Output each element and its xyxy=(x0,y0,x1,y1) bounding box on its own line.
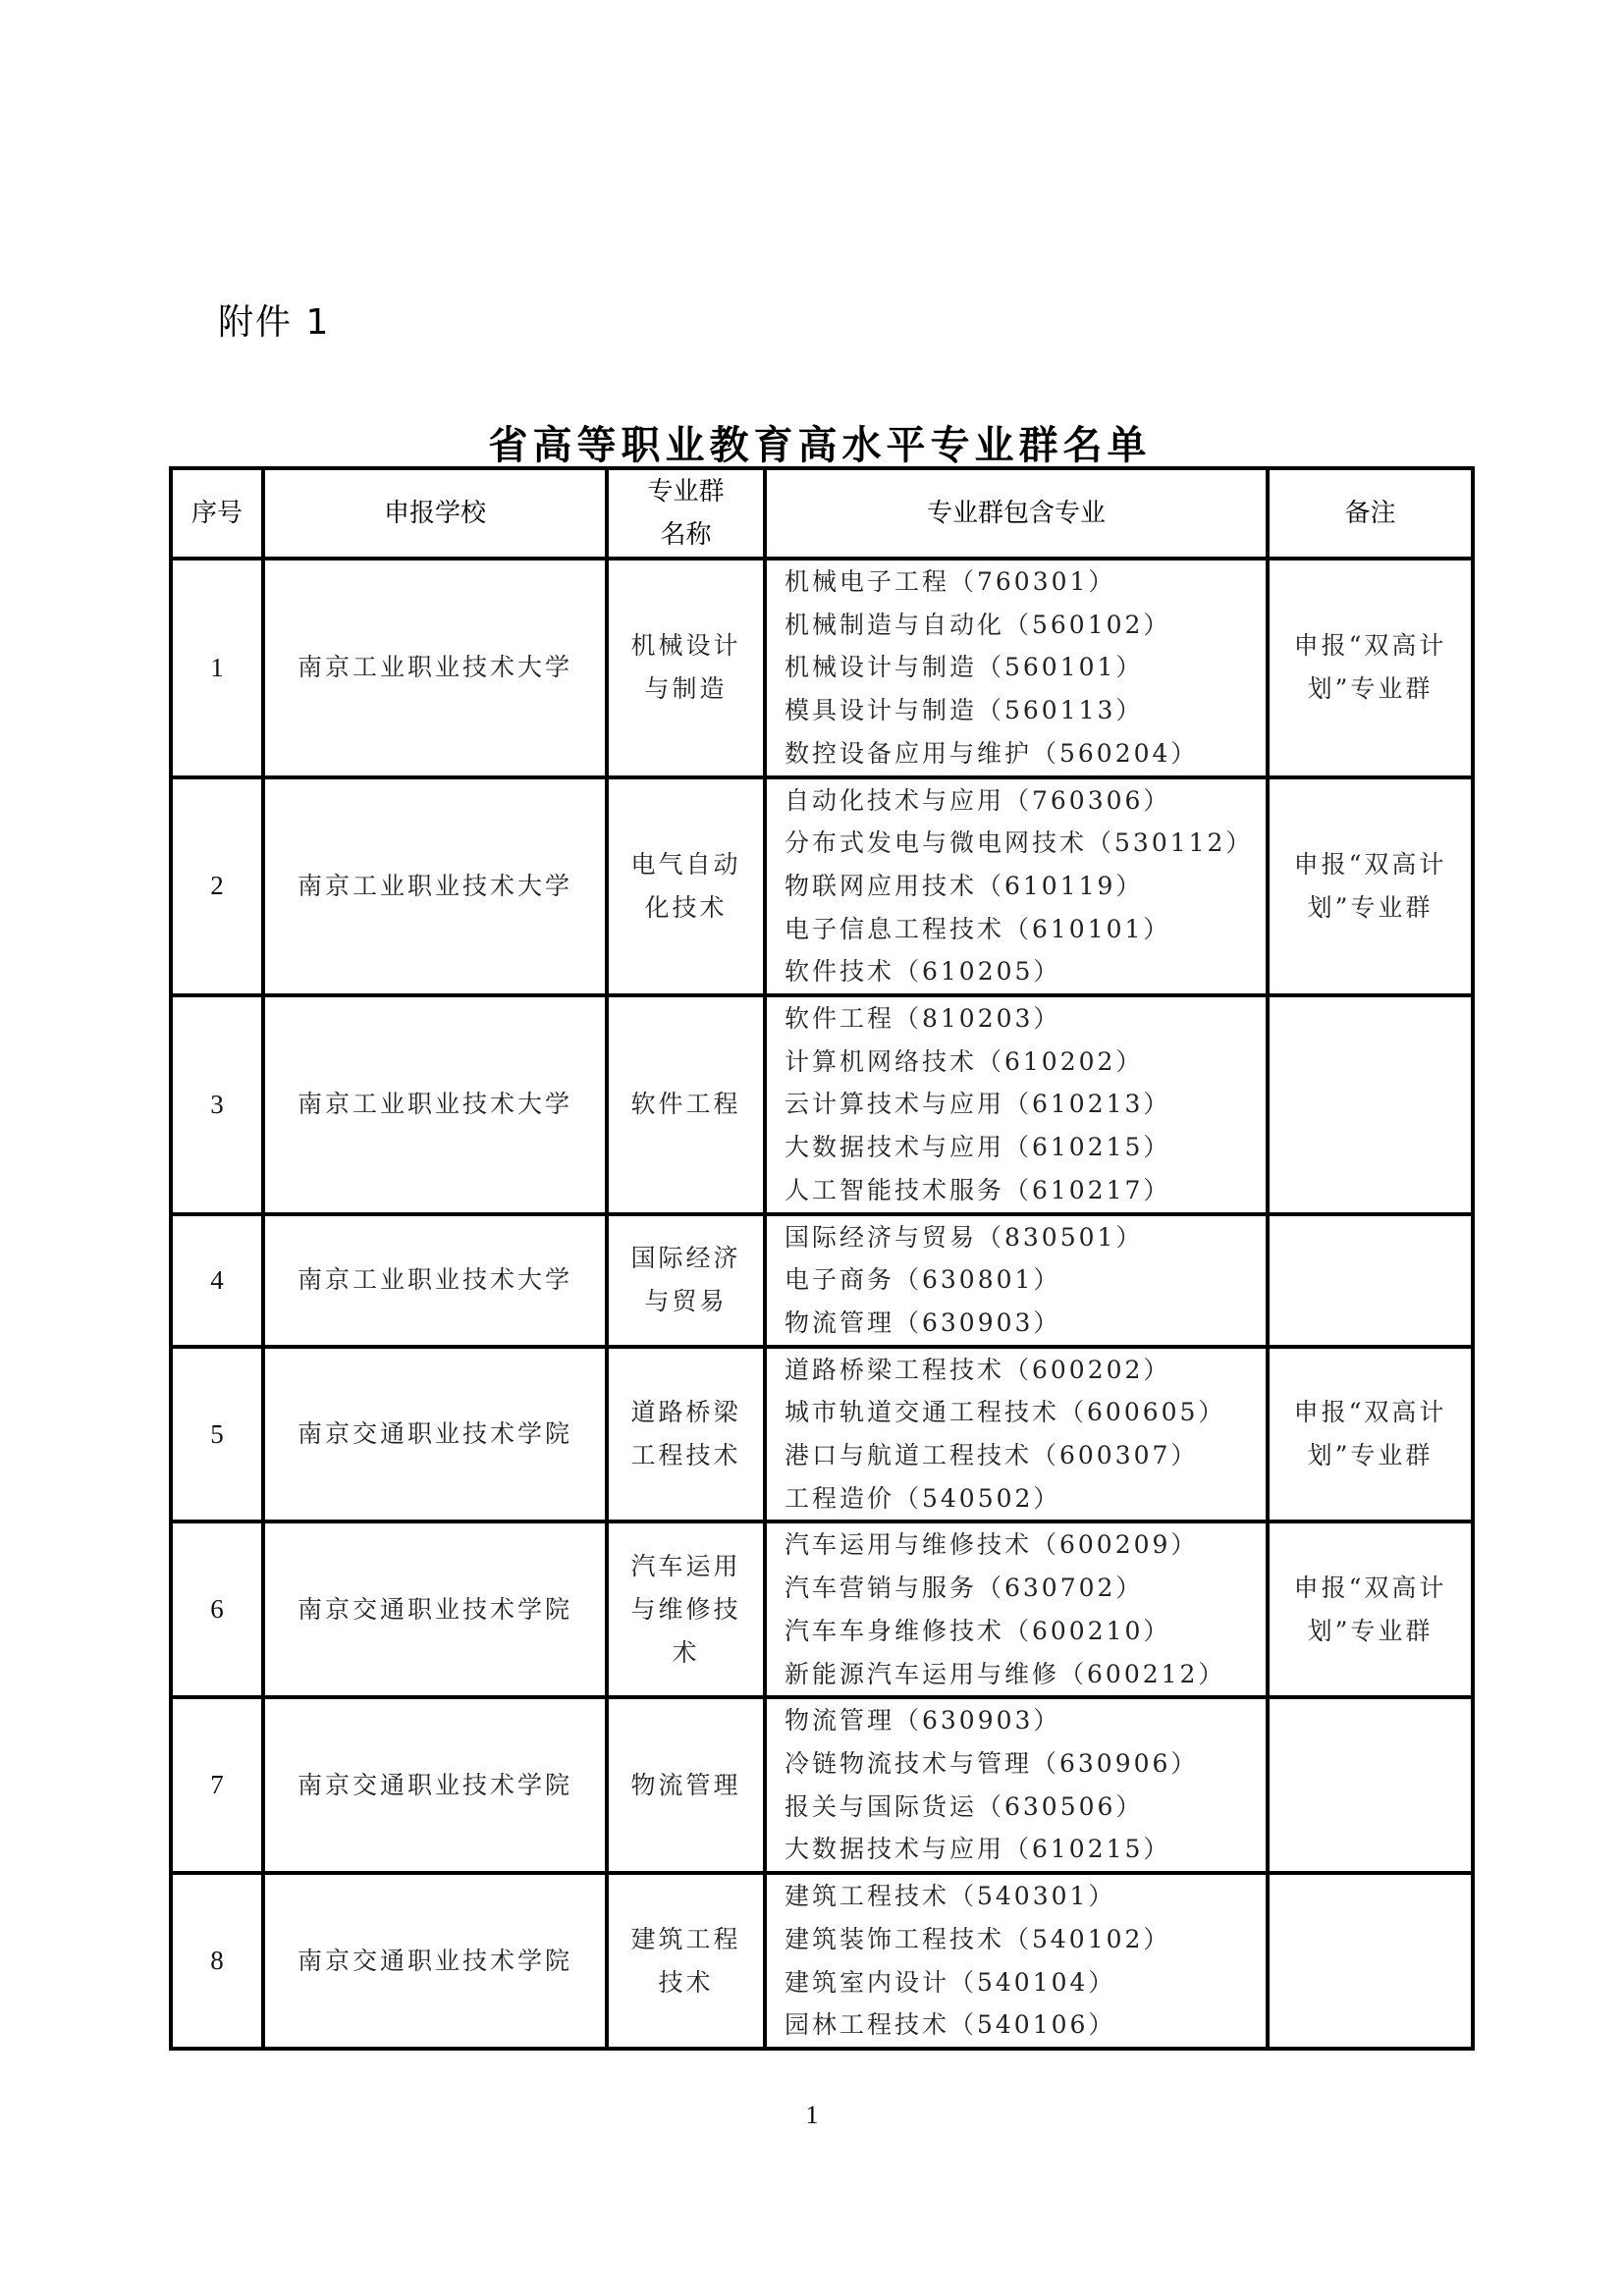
cell-school: 南京工业职业技术大学 xyxy=(263,995,607,1214)
cell-school: 南京交通职业技术学院 xyxy=(263,1347,607,1522)
cell-no: 6 xyxy=(171,1522,263,1697)
cell-no: 7 xyxy=(171,1697,263,1873)
cell-majors: 汽车运用与维修技术（600209） 汽车营销与服务（630702） 汽车车身维修… xyxy=(765,1522,1268,1697)
major-item: 物流管理（630903） xyxy=(785,1699,1266,1742)
major-item: 电子信息工程技术（610101） xyxy=(785,908,1266,951)
table-row: 2 南京工业职业技术大学 电气自动化技术 自动化技术与应用（760306） 分布… xyxy=(171,777,1473,996)
cell-group-name: 汽车运用与维修技术 xyxy=(607,1522,765,1697)
major-item: 分布式发电与微电网技术（530112） xyxy=(785,822,1266,865)
cell-group-name: 建筑工程技术 xyxy=(607,1873,765,2049)
cell-majors: 建筑工程技术（540301） 建筑装饰工程技术（540102） 建筑室内设计（5… xyxy=(765,1873,1268,2049)
group-name-text: 软件工程 xyxy=(627,1083,745,1126)
cell-group-name: 国际经济与贸易 xyxy=(607,1214,765,1347)
cell-school: 南京工业职业技术大学 xyxy=(263,559,607,777)
cell-no: 4 xyxy=(171,1214,263,1347)
table-header-row: 序号 申报学校 专业群名称 专业群包含专业 备注 xyxy=(171,468,1473,559)
cell-note: 申报“双高计划”专业群 xyxy=(1268,777,1473,996)
cell-majors: 自动化技术与应用（760306） 分布式发电与微电网技术（530112） 物联网… xyxy=(765,777,1268,996)
major-item: 汽车营销与服务（630702） xyxy=(785,1567,1266,1610)
group-name-text: 国际经济与贸易 xyxy=(627,1237,745,1323)
major-item: 新能源汽车运用与维修（600212） xyxy=(785,1653,1266,1696)
major-item: 汽车运用与维修技术（600209） xyxy=(785,1523,1266,1567)
document-title: 省高等职业教育高水平专业群名单 xyxy=(169,414,1471,470)
table-row: 1 南京工业职业技术大学 机械设计与制造 机械电子工程（760301） 机械制造… xyxy=(171,559,1473,777)
major-item: 物流管理（630903） xyxy=(785,1302,1266,1345)
major-item: 自动化技术与应用（760306） xyxy=(785,779,1266,823)
group-name-text: 汽车运用与维修技术 xyxy=(627,1545,745,1675)
cell-note: 申报“双高计划”专业群 xyxy=(1268,1522,1473,1697)
note-text: 申报“双高计划”专业群 xyxy=(1292,624,1449,711)
cell-note xyxy=(1268,995,1473,1214)
cell-note xyxy=(1268,1214,1473,1347)
major-item: 模具设计与制造（560113） xyxy=(785,689,1266,732)
cell-note: 申报“双高计划”专业群 xyxy=(1268,1347,1473,1522)
table-row: 6 南京交通职业技术学院 汽车运用与维修技术 汽车运用与维修技术（600209）… xyxy=(171,1522,1473,1697)
group-name-text: 建筑工程技术 xyxy=(627,1918,745,2004)
major-item: 汽车车身维修技术（600210） xyxy=(785,1610,1266,1653)
header-note: 备注 xyxy=(1268,468,1473,559)
header-group-name-text: 专业群名称 xyxy=(645,470,728,557)
major-item: 建筑装饰工程技术（540102） xyxy=(785,1918,1266,1961)
major-item: 大数据技术与应用（610215） xyxy=(785,1828,1266,1871)
cell-majors: 软件工程（810203） 计算机网络技术（610202） 云计算技术与应用（61… xyxy=(765,995,1268,1214)
major-item: 建筑室内设计（540104） xyxy=(785,1961,1266,2004)
cell-note xyxy=(1268,1697,1473,1873)
cell-group-name: 软件工程 xyxy=(607,995,765,1214)
major-item: 电子商务（630801） xyxy=(785,1258,1266,1302)
major-item: 工程造价（540502） xyxy=(785,1477,1266,1521)
cell-no: 5 xyxy=(171,1347,263,1522)
cell-group-name: 物流管理 xyxy=(607,1697,765,1873)
group-name-text: 电气自动化技术 xyxy=(627,843,745,930)
major-item: 冷链物流技术与管理（630906） xyxy=(785,1742,1266,1786)
cell-note xyxy=(1268,1873,1473,2049)
cell-note: 申报“双高计划”专业群 xyxy=(1268,559,1473,777)
cell-majors: 道路桥梁工程技术（600202） 城市轨道交通工程技术（600605） 港口与航… xyxy=(765,1347,1268,1522)
table-row: 8 南京交通职业技术学院 建筑工程技术 建筑工程技术（540301） 建筑装饰工… xyxy=(171,1873,1473,2049)
major-item: 云计算技术与应用（610213） xyxy=(785,1083,1266,1126)
major-item: 国际经济与贸易（830501） xyxy=(785,1216,1266,1259)
major-item: 软件技术（610205） xyxy=(785,950,1266,993)
cell-group-name: 机械设计与制造 xyxy=(607,559,765,777)
cell-school: 南京工业职业技术大学 xyxy=(263,1214,607,1347)
cell-majors: 机械电子工程（760301） 机械制造与自动化（560102） 机械设计与制造（… xyxy=(765,559,1268,777)
page-number: 1 xyxy=(0,2101,1624,2130)
major-item: 数控设备应用与维护（560204） xyxy=(785,732,1266,775)
header-majors: 专业群包含专业 xyxy=(765,468,1268,559)
major-item: 港口与航道工程技术（600307） xyxy=(785,1434,1266,1477)
table-row: 4 南京工业职业技术大学 国际经济与贸易 国际经济与贸易（830501） 电子商… xyxy=(171,1214,1473,1347)
major-item: 物联网应用技术（610119） xyxy=(785,865,1266,908)
cell-school: 南京交通职业技术学院 xyxy=(263,1522,607,1697)
major-item: 机械设计与制造（560101） xyxy=(785,646,1266,689)
note-text: 申报“双高计划”专业群 xyxy=(1292,843,1449,930)
major-item: 道路桥梁工程技术（600202） xyxy=(785,1349,1266,1392)
major-item: 建筑工程技术（540301） xyxy=(785,1875,1266,1918)
note-text: 申报“双高计划”专业群 xyxy=(1292,1567,1449,1653)
major-item: 园林工程技术（540106） xyxy=(785,2003,1266,2047)
major-item: 城市轨道交通工程技术（600605） xyxy=(785,1391,1266,1434)
major-item: 报关与国际货运（630506） xyxy=(785,1786,1266,1829)
cell-school: 南京工业职业技术大学 xyxy=(263,777,607,996)
group-name-text: 机械设计与制造 xyxy=(627,624,745,711)
cell-no: 3 xyxy=(171,995,263,1214)
cell-no: 2 xyxy=(171,777,263,996)
header-no: 序号 xyxy=(171,468,263,559)
table-row: 3 南京工业职业技术大学 软件工程 软件工程（810203） 计算机网络技术（6… xyxy=(171,995,1473,1214)
cell-no: 8 xyxy=(171,1873,263,2049)
cell-majors: 国际经济与贸易（830501） 电子商务（630801） 物流管理（630903… xyxy=(765,1214,1268,1347)
cell-school: 南京交通职业技术学院 xyxy=(263,1873,607,2049)
group-name-text: 物流管理 xyxy=(627,1764,745,1807)
attachment-label: 附件 1 xyxy=(218,294,330,345)
cell-no: 1 xyxy=(171,559,263,777)
table-row: 7 南京交通职业技术学院 物流管理 物流管理（630903） 冷链物流技术与管理… xyxy=(171,1697,1473,1873)
major-item: 机械制造与自动化（560102） xyxy=(785,604,1266,647)
header-school: 申报学校 xyxy=(263,468,607,559)
major-group-table: 序号 申报学校 专业群名称 专业群包含专业 备注 1 南京工业职业技术大学 机械… xyxy=(169,466,1475,2051)
major-item: 软件工程（810203） xyxy=(785,997,1266,1041)
note-text: 申报“双高计划”专业群 xyxy=(1292,1391,1449,1477)
header-group-name: 专业群名称 xyxy=(607,468,765,559)
major-item: 大数据技术与应用（610215） xyxy=(785,1126,1266,1169)
cell-school: 南京交通职业技术学院 xyxy=(263,1697,607,1873)
table-row: 5 南京交通职业技术学院 道路桥梁工程技术 道路桥梁工程技术（600202） 城… xyxy=(171,1347,1473,1522)
group-name-text: 道路桥梁工程技术 xyxy=(627,1391,745,1477)
cell-group-name: 电气自动化技术 xyxy=(607,777,765,996)
cell-group-name: 道路桥梁工程技术 xyxy=(607,1347,765,1522)
major-item: 人工智能技术服务（610217） xyxy=(785,1169,1266,1212)
major-item: 计算机网络技术（610202） xyxy=(785,1041,1266,1084)
major-item: 机械电子工程（760301） xyxy=(785,561,1266,604)
cell-majors: 物流管理（630903） 冷链物流技术与管理（630906） 报关与国际货运（6… xyxy=(765,1697,1268,1873)
